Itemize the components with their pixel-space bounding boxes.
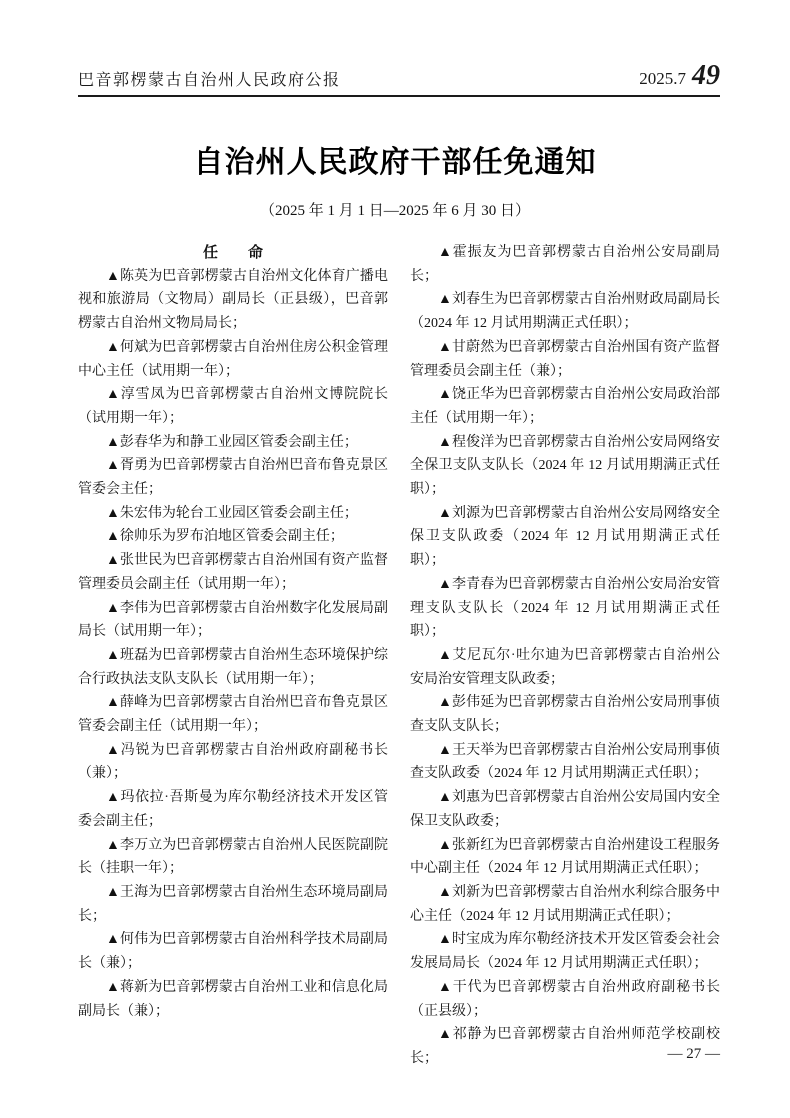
page-number: — 27 —: [78, 1046, 720, 1063]
right-column: ▲霍振友为巴音郭楞蒙古自治州公安局副局长； ▲刘春生为巴音郭楞蒙古自治州财政局副…: [410, 241, 720, 1071]
appointment-entry: ▲徐帅乐为罗布泊地区管委会副主任；: [78, 525, 388, 549]
appointment-entry: ▲胥勇为巴音郭楞蒙古自治州巴音布鲁克景区管委会主任；: [78, 454, 388, 501]
appointment-entry: ▲彭春华为和静工业园区管委会副主任；: [78, 431, 388, 455]
section-heading-appointments: 任 命: [78, 241, 388, 265]
appointment-entry: ▲蒋新为巴音郭楞蒙古自治州工业和信息化局副局长（兼）；: [78, 976, 388, 1023]
appointment-entry: ▲李万立为巴音郭楞蒙古自治州人民医院副院长（挂职一年）；: [78, 834, 388, 881]
appointment-entry: ▲朱宏伟为轮台工业园区管委会副主任；: [78, 502, 388, 526]
issue-info: 2025.7 49: [639, 62, 720, 90]
appointment-entry: ▲艾尼瓦尔·吐尔迪为巴音郭楞蒙古自治州公安局治安管理支队政委；: [410, 644, 720, 691]
appointment-entry: ▲玛依拉·吾斯曼为库尔勒经济技术开发区管委会副主任；: [78, 786, 388, 833]
appointment-entry: ▲淳雪凤为巴音郭楞蒙古自治州文博院院长（试用期一年）；: [78, 383, 388, 430]
appointment-entry: ▲李青春为巴音郭楞蒙古自治州公安局治安管理支队支队长（2024 年 12 月试用…: [410, 573, 720, 644]
appointment-entry: ▲王海为巴音郭楞蒙古自治州生态环境局副局长；: [78, 881, 388, 928]
appointment-entry: ▲李伟为巴音郭楞蒙古自治州数字化发展局副局长（试用期一年）；: [78, 597, 388, 644]
issue-date: 2025.7: [639, 69, 686, 89]
appointment-entry: ▲薛峰为巴音郭楞蒙古自治州巴音布鲁克景区管委会副主任（试用期一年）；: [78, 691, 388, 738]
appointment-entry: ▲何伟为巴音郭楞蒙古自治州科学技术局副局长（兼）；: [78, 928, 388, 975]
appointment-entry: ▲陈英为巴音郭楞蒙古自治州文化体育广播电视和旅游局（文物局）副局长（正县级），巴…: [78, 265, 388, 336]
appointment-entry: ▲刘惠为巴音郭楞蒙古自治州公安局国内安全保卫支队政委；: [410, 786, 720, 833]
appointment-entry: ▲霍振友为巴音郭楞蒙古自治州公安局副局长；: [410, 241, 720, 288]
appointment-entry: ▲干代为巴音郭楞蒙古自治州政府副秘书长（正县级）；: [410, 976, 720, 1023]
appointment-entry: ▲程俊洋为巴音郭楞蒙古自治州公安局网络安全保卫支队支队长（2024 年 12 月…: [410, 431, 720, 502]
appointment-entry: ▲甘蔚然为巴音郭楞蒙古自治州国有资产监督管理委员会副主任（兼）；: [410, 336, 720, 383]
document-date-range: （2025 年 1 月 1 日—2025 年 6 月 30 日）: [0, 199, 790, 220]
appointment-entry: ▲彭伟延为巴音郭楞蒙古自治州公安局刑事侦查支队支队长；: [410, 691, 720, 738]
left-column: 任 命 ▲陈英为巴音郭楞蒙古自治州文化体育广播电视和旅游局（文物局）副局长（正县…: [78, 241, 388, 1071]
gazette-page: 巴音郭楞蒙古自治州人民政府公报 2025.7 49 自治州人民政府干部任免通知 …: [0, 0, 790, 1118]
appointment-entry: ▲王天举为巴音郭楞蒙古自治州公安局刑事侦查支队政委（2024 年 12 月试用期…: [410, 739, 720, 786]
issue-number: 49: [692, 62, 720, 90]
document-body: 任 命 ▲陈英为巴音郭楞蒙古自治州文化体育广播电视和旅游局（文物局）副局长（正县…: [78, 241, 720, 1071]
page-header: 巴音郭楞蒙古自治州人民政府公报 2025.7 49: [78, 62, 720, 90]
appointment-entry: ▲何斌为巴音郭楞蒙古自治州住房公积金管理中心主任（试用期一年）；: [78, 336, 388, 383]
appointment-entry: ▲时宝成为库尔勒经济技术开发区管委会社会发展局局长（2024 年 12 月试用期…: [410, 928, 720, 975]
appointment-entry: ▲冯锐为巴音郭楞蒙古自治州政府副秘书长（兼）；: [78, 739, 388, 786]
appointment-entry: ▲刘新为巴音郭楞蒙古自治州水利综合服务中心主任（2024 年 12 月试用期满正…: [410, 881, 720, 928]
appointment-entry: ▲班磊为巴音郭楞蒙古自治州生态环境保护综合行政执法支队支队长（试用期一年）；: [78, 644, 388, 691]
appointment-entry: ▲张新红为巴音郭楞蒙古自治州建设工程服务中心副主任（2024 年 12 月试用期…: [410, 834, 720, 881]
gazette-name: 巴音郭楞蒙古自治州人民政府公报: [78, 67, 341, 90]
header-divider: [78, 95, 720, 97]
document-title: 自治州人民政府干部任免通知: [0, 137, 790, 181]
appointment-entry: ▲刘春生为巴音郭楞蒙古自治州财政局副局长（2024 年 12 月试用期满正式任职…: [410, 288, 720, 335]
appointment-entry: ▲张世民为巴音郭楞蒙古自治州国有资产监督管理委员会副主任（试用期一年）；: [78, 549, 388, 596]
appointment-entry: ▲刘源为巴音郭楞蒙古自治州公安局网络安全保卫支队政委（2024 年 12 月试用…: [410, 502, 720, 573]
appointment-entry: ▲饶正华为巴音郭楞蒙古自治州公安局政治部主任（试用期一年）；: [410, 383, 720, 430]
